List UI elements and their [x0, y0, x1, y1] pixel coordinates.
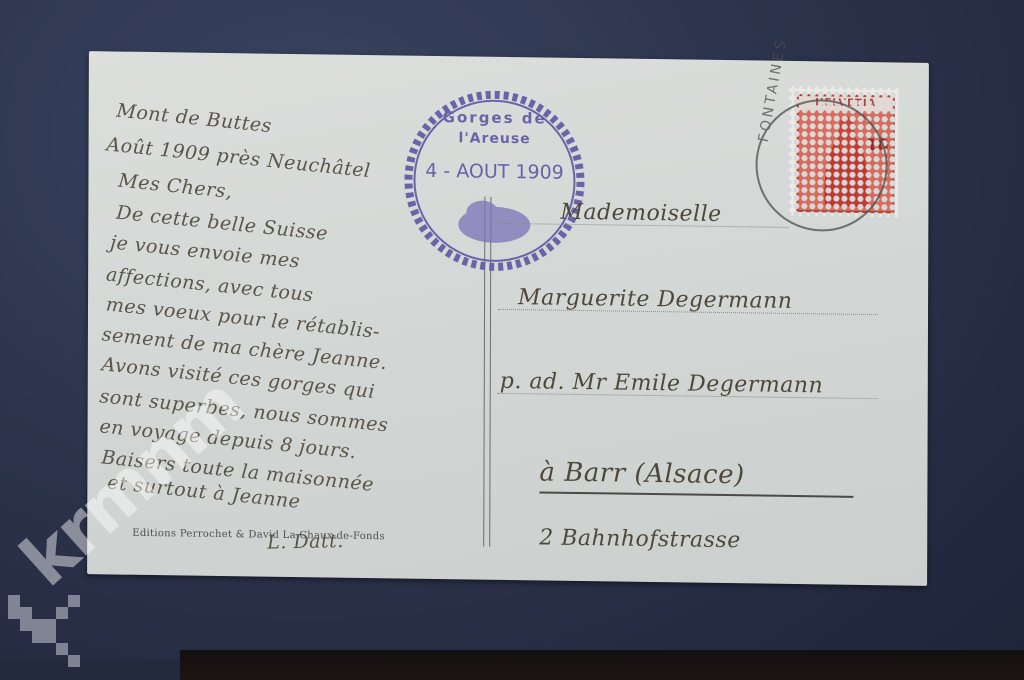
address-line-1: Mademoiselle: [560, 200, 721, 227]
cachet-date: 4 - AOUT 1909: [400, 159, 588, 184]
cachet-line-1: Gorges de: [401, 108, 589, 129]
table-edge: [180, 650, 1024, 680]
postmark: FONTAINES: [755, 98, 887, 232]
gorges-cachet: Gorges de l'Areuse 4 - AOUT 1909: [400, 86, 589, 277]
address-underline: [539, 491, 853, 497]
address-line-4: à Barr (Alsace): [539, 457, 744, 490]
message-line-3: Mes Chers,: [117, 170, 233, 203]
message-line-1: Mont de Buttes: [116, 100, 273, 138]
cachet-line-2: l'Areuse: [401, 130, 589, 149]
pixelated-watermark-logo: [8, 595, 98, 675]
address-line-5: 2 Bahnhofstrasse: [539, 525, 741, 553]
postcard: Mont de Buttes Août 1909 près Neuchâtel …: [87, 51, 929, 586]
publisher-imprint: Editions Perrochet & David La Chaux-de-F…: [132, 528, 385, 543]
